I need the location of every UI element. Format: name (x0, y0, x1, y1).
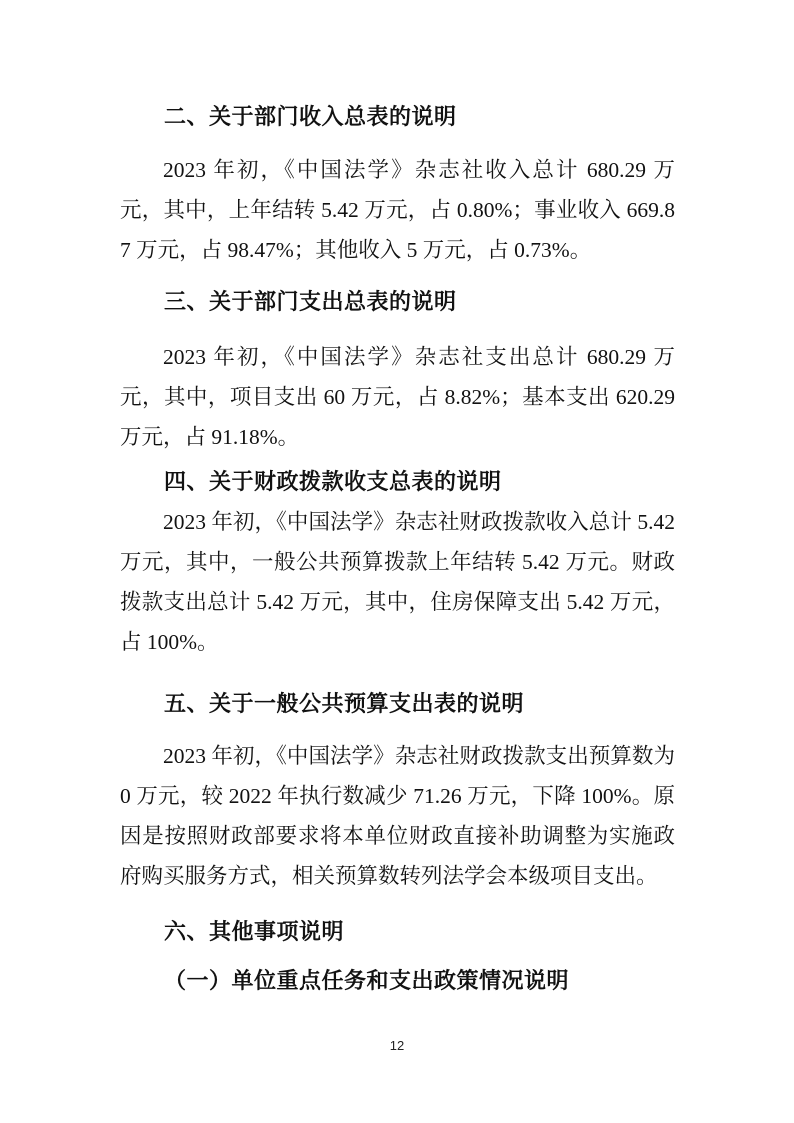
section-paragraph: 2023 年初，《中国法学》杂志社财政拨款支出预算数为 0 万元，较 2022 … (120, 736, 675, 896)
subsection-heading-key-tasks: （一）单位重点任务和支出政策情况说明 (120, 961, 675, 1001)
section-heading-income-summary: 二、关于部门收入总表的说明 (120, 97, 675, 137)
section-heading-other-matters: 六、其他事项说明 (120, 912, 675, 952)
document-section: 四、关于财政拨款收支总表的说明 2023 年初，《中国法学》杂志社财政拨款收入总… (120, 462, 675, 662)
document-page: 二、关于部门收入总表的说明 2023 年初，《中国法学》杂志社收入总计 680.… (0, 0, 794, 1123)
section-paragraph: 2023 年初，《中国法学》杂志社支出总计 680.29 万元，其中，项目支出 … (120, 337, 675, 457)
section-heading-general-public-budget: 五、关于一般公共预算支出表的说明 (120, 684, 675, 724)
section-paragraph: 2023 年初，《中国法学》杂志社收入总计 680.29 万元，其中，上年结转 … (120, 150, 675, 270)
section-heading-expenditure-summary: 三、关于部门支出总表的说明 (120, 282, 675, 322)
document-content: 二、关于部门收入总表的说明 2023 年初，《中国法学》杂志社收入总计 680.… (0, 0, 794, 1001)
document-section: 五、关于一般公共预算支出表的说明 2023 年初，《中国法学》杂志社财政拨款支出… (120, 684, 675, 896)
document-section: 二、关于部门收入总表的说明 2023 年初，《中国法学》杂志社收入总计 680.… (120, 97, 675, 270)
document-section: 六、其他事项说明 (120, 912, 675, 952)
section-paragraph: 2023 年初，《中国法学》杂志社财政拨款收入总计 5.42 万元，其中，一般公… (120, 502, 675, 662)
section-heading-fiscal-appropriation-summary: 四、关于财政拨款收支总表的说明 (120, 462, 675, 502)
document-section: 三、关于部门支出总表的说明 2023 年初，《中国法学》杂志社支出总计 680.… (120, 282, 675, 457)
document-section: （一）单位重点任务和支出政策情况说明 (120, 961, 675, 1001)
page-number: 12 (0, 1038, 794, 1053)
